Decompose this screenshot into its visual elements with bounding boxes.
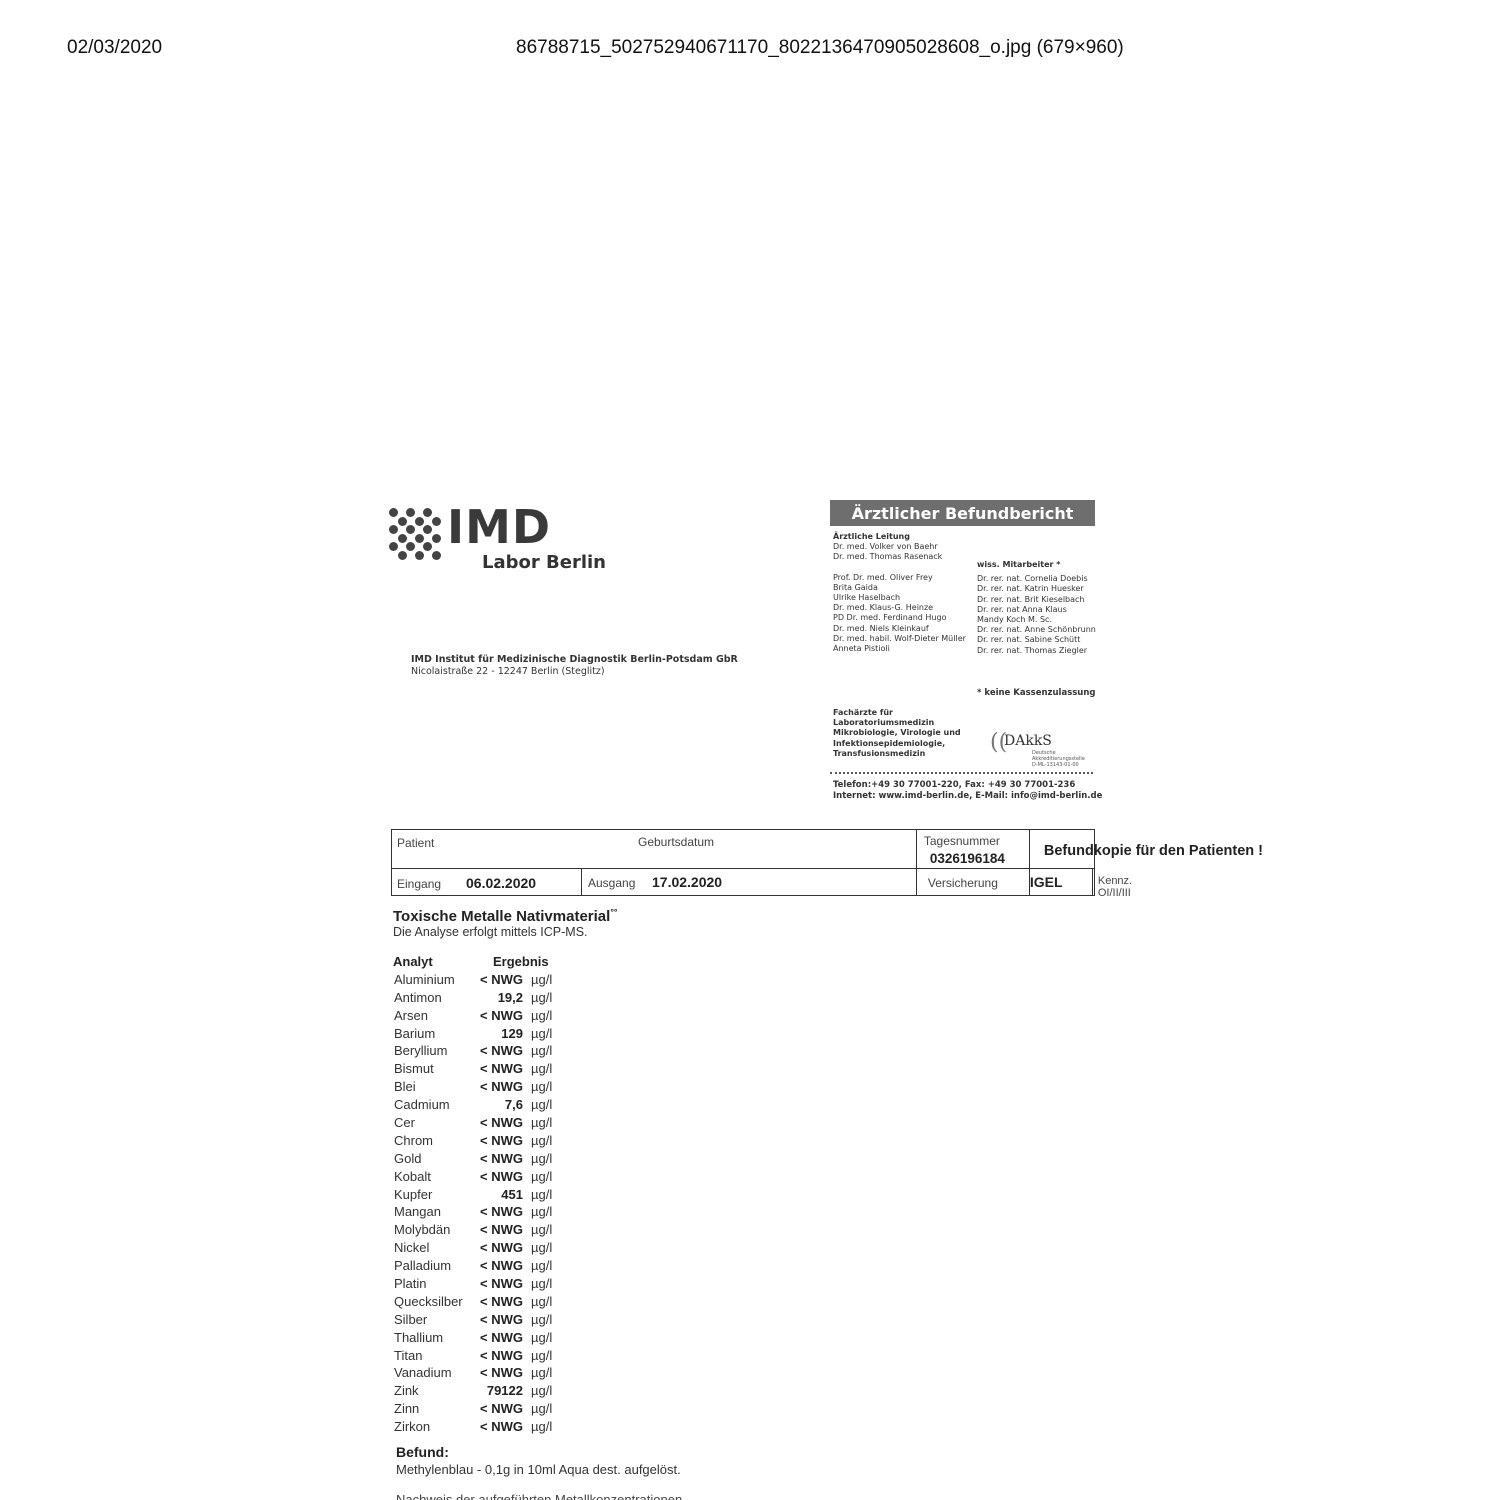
analyte-name: Beryllium bbox=[394, 1043, 474, 1058]
analysis-title-mark: °° bbox=[610, 907, 617, 917]
result-value: < NWG bbox=[471, 1365, 523, 1380]
versicherung-value: IGEL bbox=[1030, 874, 1063, 890]
institute-name: IMD Institut für Medizinische Diagnostik… bbox=[411, 654, 738, 666]
result-unit: µg/l bbox=[531, 1222, 552, 1237]
analysis-title-text: Toxische Metalle Nativmaterial bbox=[393, 908, 610, 925]
staff-name: Dr. med. habil. Wolf-Dieter Müller bbox=[833, 634, 966, 644]
result-value: < NWG bbox=[471, 1043, 523, 1058]
birthdate-label: Geburtsdatum bbox=[638, 835, 714, 849]
result-value: 129 bbox=[471, 1026, 523, 1041]
print-date: 02/03/2020 bbox=[67, 37, 162, 59]
result-unit: µg/l bbox=[531, 1276, 552, 1291]
analyte-name: Palladium bbox=[394, 1258, 474, 1273]
staff-name: Mandy Koch M. Sc. bbox=[977, 615, 1096, 625]
result-value: < NWG bbox=[471, 1276, 523, 1291]
col-analyt: Analyt bbox=[393, 954, 473, 969]
contact-block: Telefon:+49 30 77001-220, Fax: +49 30 77… bbox=[833, 780, 1102, 801]
logo-subtitle: Labor Berlin bbox=[482, 552, 606, 573]
staff-right-column: wiss. Mitarbeiter * Dr. rer. nat. Cornel… bbox=[977, 560, 1096, 656]
staff-name: Dr. med. Klaus-G. Heinze bbox=[833, 603, 966, 613]
analyte-name: Quecksilber bbox=[394, 1294, 474, 1309]
result-value: < NWG bbox=[471, 1008, 523, 1023]
dotted-divider bbox=[830, 772, 1093, 774]
mitarbeiter-list: Dr. rer. nat. Cornelia DoebisDr. rer. na… bbox=[977, 574, 1096, 656]
leitung-heading: Ärztliche Leitung bbox=[833, 532, 966, 542]
analyte-name: Mangan bbox=[394, 1204, 474, 1219]
staff-left-column: Ärztliche Leitung Dr. med. Volker von Ba… bbox=[833, 532, 966, 654]
logo-text: IMD bbox=[447, 500, 551, 554]
result-unit: µg/l bbox=[531, 1240, 552, 1255]
fachaerzte-line: Laboratoriumsmedizin bbox=[833, 718, 961, 728]
staff-name: Dr. rer. nat. Cornelia Doebis bbox=[977, 574, 1096, 584]
analyte-name: Silber bbox=[394, 1312, 474, 1327]
result-value: < NWG bbox=[471, 1348, 523, 1363]
analyte-name: Titan bbox=[394, 1348, 474, 1363]
analyte-name: Antimon bbox=[394, 990, 474, 1005]
dot-grid-logo-icon bbox=[389, 508, 444, 563]
analyte-name: Zink bbox=[394, 1383, 474, 1398]
patient-label: Patient bbox=[397, 836, 434, 850]
dakks-name: DAkkS bbox=[1004, 733, 1052, 749]
staff-name: PD Dr. med. Ferdinand Hugo bbox=[833, 613, 966, 623]
result-value: 451 bbox=[471, 1187, 523, 1202]
analyte-name: Vanadium bbox=[394, 1365, 474, 1380]
kennz-label: Kennz. OI/II/III bbox=[1098, 875, 1132, 899]
result-value: < NWG bbox=[471, 1419, 523, 1434]
mitarbeiter-heading: wiss. Mitarbeiter * bbox=[977, 560, 1096, 570]
analyte-name: Kupfer bbox=[394, 1187, 474, 1202]
phone-fax: Telefon:+49 30 77001-220, Fax: +49 30 77… bbox=[833, 780, 1102, 791]
analyte-name: Cer bbox=[394, 1115, 474, 1130]
result-value: < NWG bbox=[471, 1115, 523, 1130]
result-value: < NWG bbox=[471, 1294, 523, 1309]
dakks-line3: D-ML-13143-01-00 bbox=[1032, 762, 1085, 768]
result-unit: µg/l bbox=[531, 1115, 552, 1130]
result-unit: µg/l bbox=[531, 1401, 552, 1416]
col-ergebnis: Ergebnis bbox=[493, 954, 549, 969]
fachaerzte-line: Mikrobiologie, Virologie und bbox=[833, 728, 961, 738]
result-unit: µg/l bbox=[531, 1187, 552, 1202]
befund-cut-line: Nachweis der aufgeführten Metallkonzentr… bbox=[396, 1493, 682, 1500]
staff-name: Dr. med. Niels Kleinkauf bbox=[833, 624, 966, 634]
result-value: < NWG bbox=[471, 1204, 523, 1219]
result-value: 7,6 bbox=[471, 1097, 523, 1112]
print-title: 86788715_502752940671170_802213647090502… bbox=[516, 37, 1124, 59]
result-unit: µg/l bbox=[531, 1312, 552, 1327]
fachaerzte-line: Fachärzte für bbox=[833, 708, 961, 718]
staff-name: Dr. rer. nat. Katrin Huesker bbox=[977, 584, 1096, 594]
result-unit: µg/l bbox=[531, 990, 552, 1005]
result-unit: µg/l bbox=[531, 1330, 552, 1345]
result-value: < NWG bbox=[471, 1330, 523, 1345]
institute-address: Nicolaistraße 22 - 12247 Berlin (Steglit… bbox=[411, 666, 738, 678]
result-value: < NWG bbox=[471, 1240, 523, 1255]
analyte-name: Chrom bbox=[394, 1133, 474, 1148]
fachaerzte-line: Infektionsepidemiologie, bbox=[833, 739, 961, 749]
result-unit: µg/l bbox=[531, 1097, 552, 1112]
analysis-title: Toxische Metalle Nativmaterial°° bbox=[393, 907, 618, 925]
fachaerzte-line: Transfusionsmedizin bbox=[833, 749, 961, 759]
result-value: 19,2 bbox=[471, 990, 523, 1005]
analyte-name: Kobalt bbox=[394, 1169, 474, 1184]
analyte-name: Aluminium bbox=[394, 972, 474, 987]
result-unit: µg/l bbox=[531, 1151, 552, 1166]
institute-address-block: IMD Institut für Medizinische Diagnostik… bbox=[411, 654, 738, 678]
result-unit: µg/l bbox=[531, 1294, 552, 1309]
analyte-name: Barium bbox=[394, 1026, 474, 1041]
staff-name: Ulrike Haselbach bbox=[833, 593, 966, 603]
eingang-label: Eingang bbox=[397, 877, 441, 891]
result-value: < NWG bbox=[471, 1312, 523, 1327]
result-unit: µg/l bbox=[531, 1061, 552, 1076]
result-value: < NWG bbox=[471, 972, 523, 987]
staff-name: Dr. rer. nat. Sabine Schütt bbox=[977, 635, 1096, 645]
result-unit: µg/l bbox=[531, 1365, 552, 1380]
analyte-name: Bismut bbox=[394, 1061, 474, 1076]
tagesnummer-value: 0326196184 bbox=[930, 851, 1005, 866]
eingang-value: 06.02.2020 bbox=[466, 875, 536, 891]
staff-name: Prof. Dr. med. Oliver Frey bbox=[833, 573, 966, 583]
aerzte-list: Prof. Dr. med. Oliver FreyBrita GaidaUlr… bbox=[833, 573, 966, 655]
result-value: < NWG bbox=[471, 1258, 523, 1273]
result-unit: µg/l bbox=[531, 1258, 552, 1273]
staff-name: Anneta Pistioli bbox=[833, 644, 966, 654]
result-value: 79122 bbox=[471, 1383, 523, 1398]
result-unit: µg/l bbox=[531, 1079, 552, 1094]
staff-name: Dr. rer. nat. Brit Kieselbach bbox=[977, 595, 1096, 605]
leitung-list: Dr. med. Volker von BaehrDr. med. Thomas… bbox=[833, 542, 966, 562]
befund-heading: Befund: bbox=[396, 1444, 449, 1460]
versicherung-label: Versicherung bbox=[928, 876, 998, 890]
result-value: < NWG bbox=[471, 1061, 523, 1076]
result-value: < NWG bbox=[471, 1401, 523, 1416]
result-unit: µg/l bbox=[531, 1169, 552, 1184]
staff-name: Brita Gaida bbox=[833, 583, 966, 593]
result-unit: µg/l bbox=[531, 1204, 552, 1219]
patient-info-table: Patient Geburtsdatum Tagesnummer 0326196… bbox=[391, 829, 1095, 896]
staff-name: Dr. med. Volker von Baehr bbox=[833, 542, 966, 552]
result-value: < NWG bbox=[471, 1169, 523, 1184]
ausgang-value: 17.02.2020 bbox=[652, 874, 722, 890]
result-unit: µg/l bbox=[531, 1008, 552, 1023]
analyte-name: Platin bbox=[394, 1276, 474, 1291]
analyte-name: Gold bbox=[394, 1151, 474, 1166]
result-unit: µg/l bbox=[531, 1026, 552, 1041]
analyte-name: Blei bbox=[394, 1079, 474, 1094]
analyte-name: Zirkon bbox=[394, 1419, 474, 1434]
result-unit: µg/l bbox=[531, 972, 552, 987]
analyte-name: Zinn bbox=[394, 1401, 474, 1416]
patient-copy-notice: Befundkopie für den Patienten ! bbox=[1044, 843, 1263, 859]
result-unit: µg/l bbox=[531, 1383, 552, 1398]
result-value: < NWG bbox=[471, 1079, 523, 1094]
dakks-details: Deutsche Akkreditierungsstelle D-ML-1314… bbox=[1032, 750, 1085, 768]
result-unit: µg/l bbox=[531, 1419, 552, 1434]
analysis-method: Die Analyse erfolgt mittels ICP-MS. bbox=[393, 925, 588, 939]
result-value: < NWG bbox=[471, 1222, 523, 1237]
report-type-banner: Ärztlicher Befundbericht bbox=[830, 500, 1095, 526]
internet-email: Internet: www.imd-berlin.de, E-Mail: inf… bbox=[833, 791, 1102, 802]
result-unit: µg/l bbox=[531, 1348, 552, 1363]
befund-text: Methylenblau - 0,1g in 10ml Aqua dest. a… bbox=[396, 1462, 681, 1477]
analyte-name: Thallium bbox=[394, 1330, 474, 1345]
analyte-name: Arsen bbox=[394, 1008, 474, 1023]
staff-name: Dr. rer. nat. Thomas Ziegler bbox=[977, 646, 1096, 656]
analyte-name: Molybdän bbox=[394, 1222, 474, 1237]
analyte-name: Cadmium bbox=[394, 1097, 474, 1112]
result-value: < NWG bbox=[471, 1151, 523, 1166]
result-unit: µg/l bbox=[531, 1133, 552, 1148]
staff-name: Dr. med. Thomas Rasenack bbox=[833, 552, 966, 562]
fachaerzte-block: Fachärzte fürLaboratoriumsmedizinMikrobi… bbox=[833, 708, 961, 759]
result-unit: µg/l bbox=[531, 1043, 552, 1058]
kassen-note: * keine Kassenzulassung bbox=[977, 688, 1096, 698]
staff-name: Dr. rer. nat Anna Klaus bbox=[977, 605, 1096, 615]
tagesnummer-label: Tagesnummer bbox=[924, 834, 1000, 848]
ausgang-label: Ausgang bbox=[588, 876, 635, 890]
result-value: < NWG bbox=[471, 1133, 523, 1148]
analyte-name: Nickel bbox=[394, 1240, 474, 1255]
staff-name: Dr. rer. nat. Anne Schönbrunn bbox=[977, 625, 1096, 635]
